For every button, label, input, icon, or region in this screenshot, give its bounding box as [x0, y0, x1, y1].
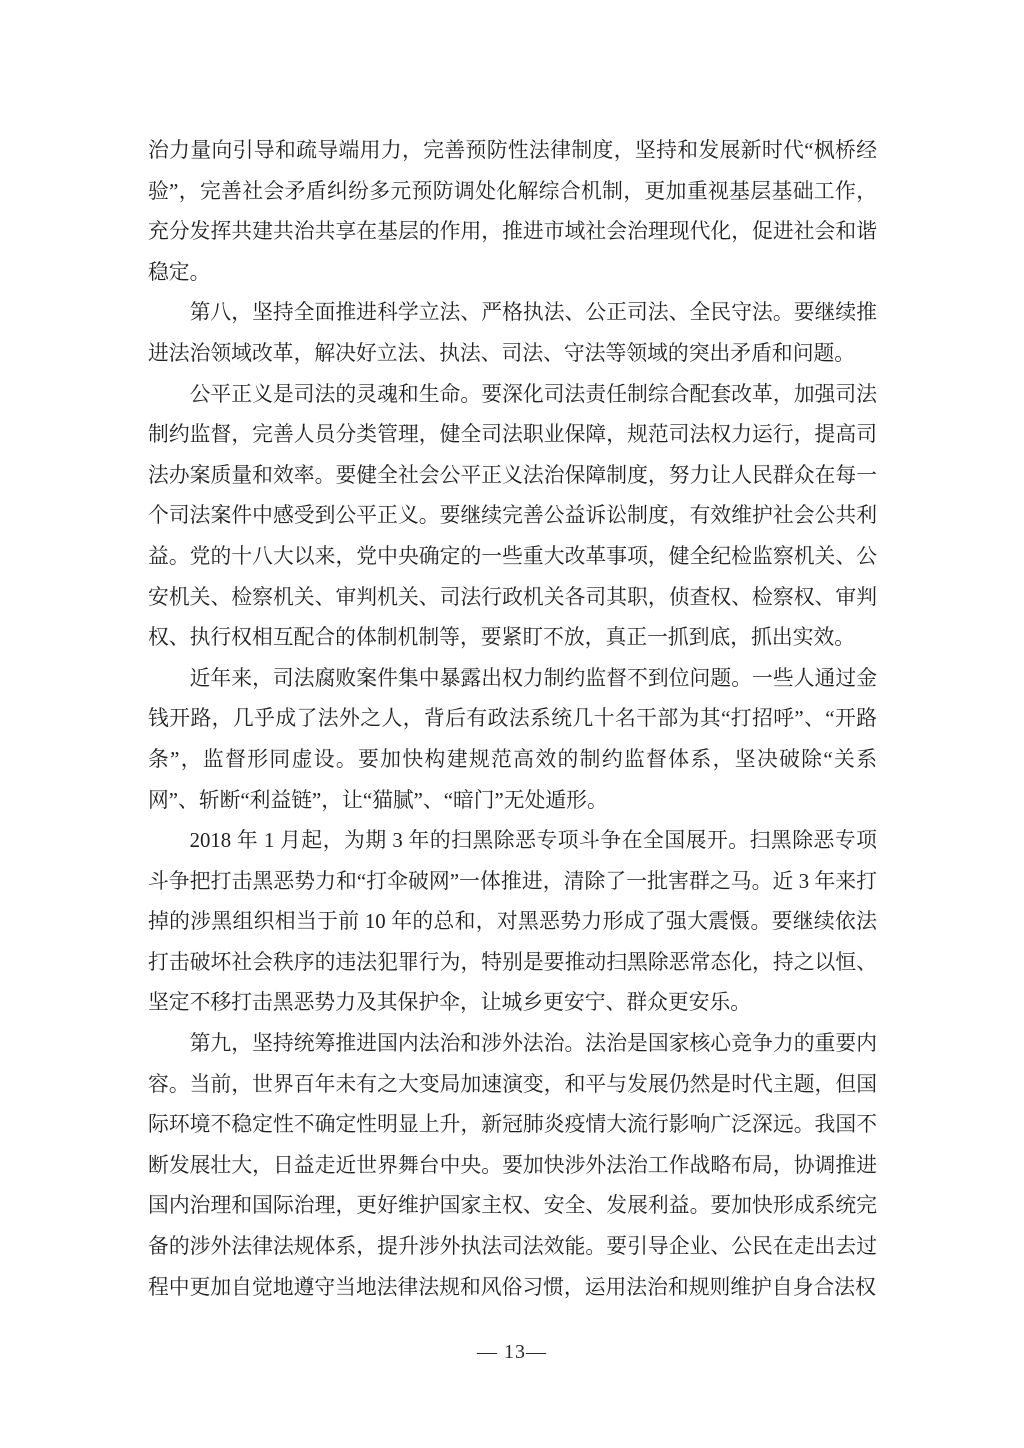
paragraph: 近年来，司法腐败案件集中暴露出权力制约监督不到位问题。一些人通过金钱开路，几乎成…: [148, 659, 877, 821]
paragraph: 公平正义是司法的灵魂和生命。要深化司法责任制综合配套改革，加强司法制约监督，完善…: [148, 375, 877, 659]
paragraph: 第八，坚持全面推进科学立法、严格执法、公正司法、全民守法。要继续推进法治领域改革…: [148, 293, 877, 374]
paragraph: 2018 年 1 月起，为期 3 年的扫黑除恶专项斗争在全国展开。扫黑除恶专项斗…: [148, 821, 877, 1024]
page-number: — 13—: [0, 1338, 1024, 1366]
document-page: 治力量向引导和疏导端用力，完善预防性法律制度，坚持和发展新时代“枫桥经验”，完善…: [0, 0, 1024, 1448]
paragraph: 第九，坚持统筹推进国内法治和涉外法治。法治是国家核心竞争力的重要内容。当前，世界…: [148, 1024, 877, 1308]
paragraph: 治力量向引导和疏导端用力，完善预防性法律制度，坚持和发展新时代“枫桥经验”，完善…: [148, 131, 877, 293]
text-block: 治力量向引导和疏导端用力，完善预防性法律制度，坚持和发展新时代“枫桥经验”，完善…: [148, 131, 877, 1308]
